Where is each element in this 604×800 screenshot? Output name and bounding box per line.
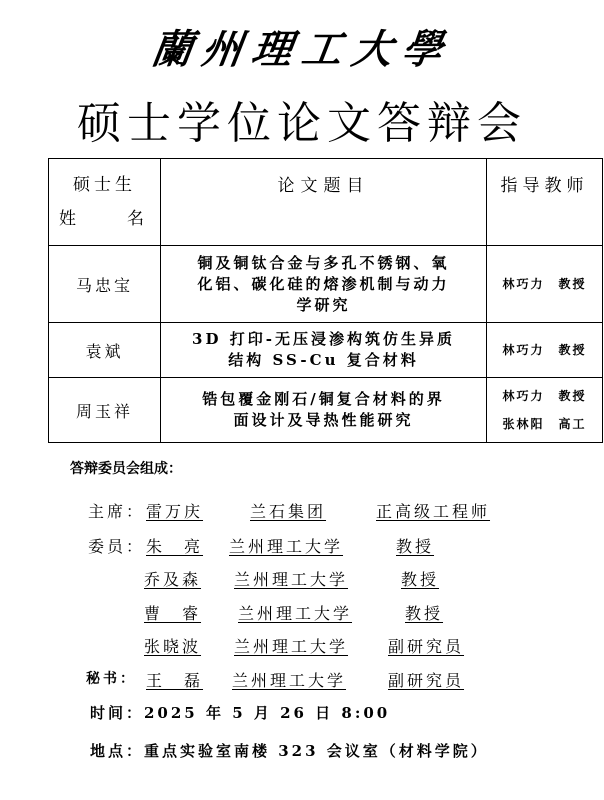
defense-time: 时间：2025 年 5 月 26 日 8:00 — [90, 702, 390, 723]
chair-label: 主席： — [88, 499, 145, 522]
table-row: 袁斌 3D 打印-无压浸渗构筑仿生异质 结构 SS-Cu 复合材料 林巧力 教授 — [49, 323, 603, 378]
member-name: 朱 亮 — [146, 534, 203, 557]
member-title: 教授 — [405, 601, 443, 624]
advisor: 林巧力 教授 张林阳 高工 — [487, 378, 603, 443]
advisor: 林巧力 教授 — [487, 323, 603, 378]
thesis-table: 硕士生 姓名 论文题目 指导教师 马忠宝 铜及铜钛合金与多孔不锈钢、氧 化铝、碳… — [48, 158, 603, 443]
committee-heading: 答辩委员会组成： — [70, 458, 182, 478]
student-name: 袁斌 — [49, 323, 161, 378]
column-header-student: 硕士生 姓名 — [49, 159, 161, 246]
members-label: 委员： — [88, 534, 145, 557]
column-header-topic: 论文题目 — [161, 159, 487, 246]
secretary-label: 秘书： — [86, 668, 137, 688]
member-name: 曹 睿 — [144, 601, 201, 624]
chair-name: 雷万庆 — [146, 499, 203, 522]
table-row: 周玉祥 锆包覆金刚石/铜复合材料的界 面设计及导热性能研究 林巧力 教授 张林阳… — [49, 378, 603, 443]
thesis-topic: 铜及铜钛合金与多孔不锈钢、氧 化铝、碳化硅的熔渗机制与动力 学研究 — [161, 246, 487, 323]
member-org: 兰州理工大学 — [229, 534, 343, 557]
member-name: 乔及森 — [144, 567, 201, 590]
member-title: 副研究员 — [388, 634, 464, 657]
thesis-topic: 锆包覆金刚石/铜复合材料的界 面设计及导热性能研究 — [161, 378, 487, 443]
student-name: 周玉祥 — [49, 378, 161, 443]
member-title: 教授 — [396, 534, 434, 557]
column-header-advisor: 指导教师 — [487, 159, 603, 246]
secretary-name: 王 磊 — [140, 668, 209, 691]
secretary-title: 副研究员 — [388, 668, 464, 691]
member-org: 兰州理工大学 — [238, 601, 352, 624]
secretary-org: 兰州理工大学 — [232, 668, 346, 691]
page-title: 硕士学位论文答辩会 — [0, 96, 604, 152]
chair-title: 正高级工程师 — [376, 499, 490, 522]
table-row: 马忠宝 铜及铜钛合金与多孔不锈钢、氧 化铝、碳化硅的熔渗机制与动力 学研究 林巧… — [49, 246, 603, 323]
defense-location: 地点：重点实验室南楼 323 会议室（材料学院） — [90, 740, 489, 761]
member-org: 兰州理工大学 — [234, 567, 348, 590]
member-name: 张晓波 — [144, 634, 201, 657]
member-org: 兰州理工大学 — [234, 634, 348, 657]
student-name: 马忠宝 — [49, 246, 161, 323]
thesis-topic: 3D 打印-无压浸渗构筑仿生异质 结构 SS-Cu 复合材料 — [161, 323, 487, 378]
university-name: 蘭州理工大學 — [0, 24, 604, 76]
table-header-row: 硕士生 姓名 论文题目 指导教师 — [49, 159, 603, 246]
member-title: 教授 — [401, 567, 439, 590]
chair-org: 兰石集团 — [250, 499, 326, 522]
advisor: 林巧力 教授 — [487, 246, 603, 323]
